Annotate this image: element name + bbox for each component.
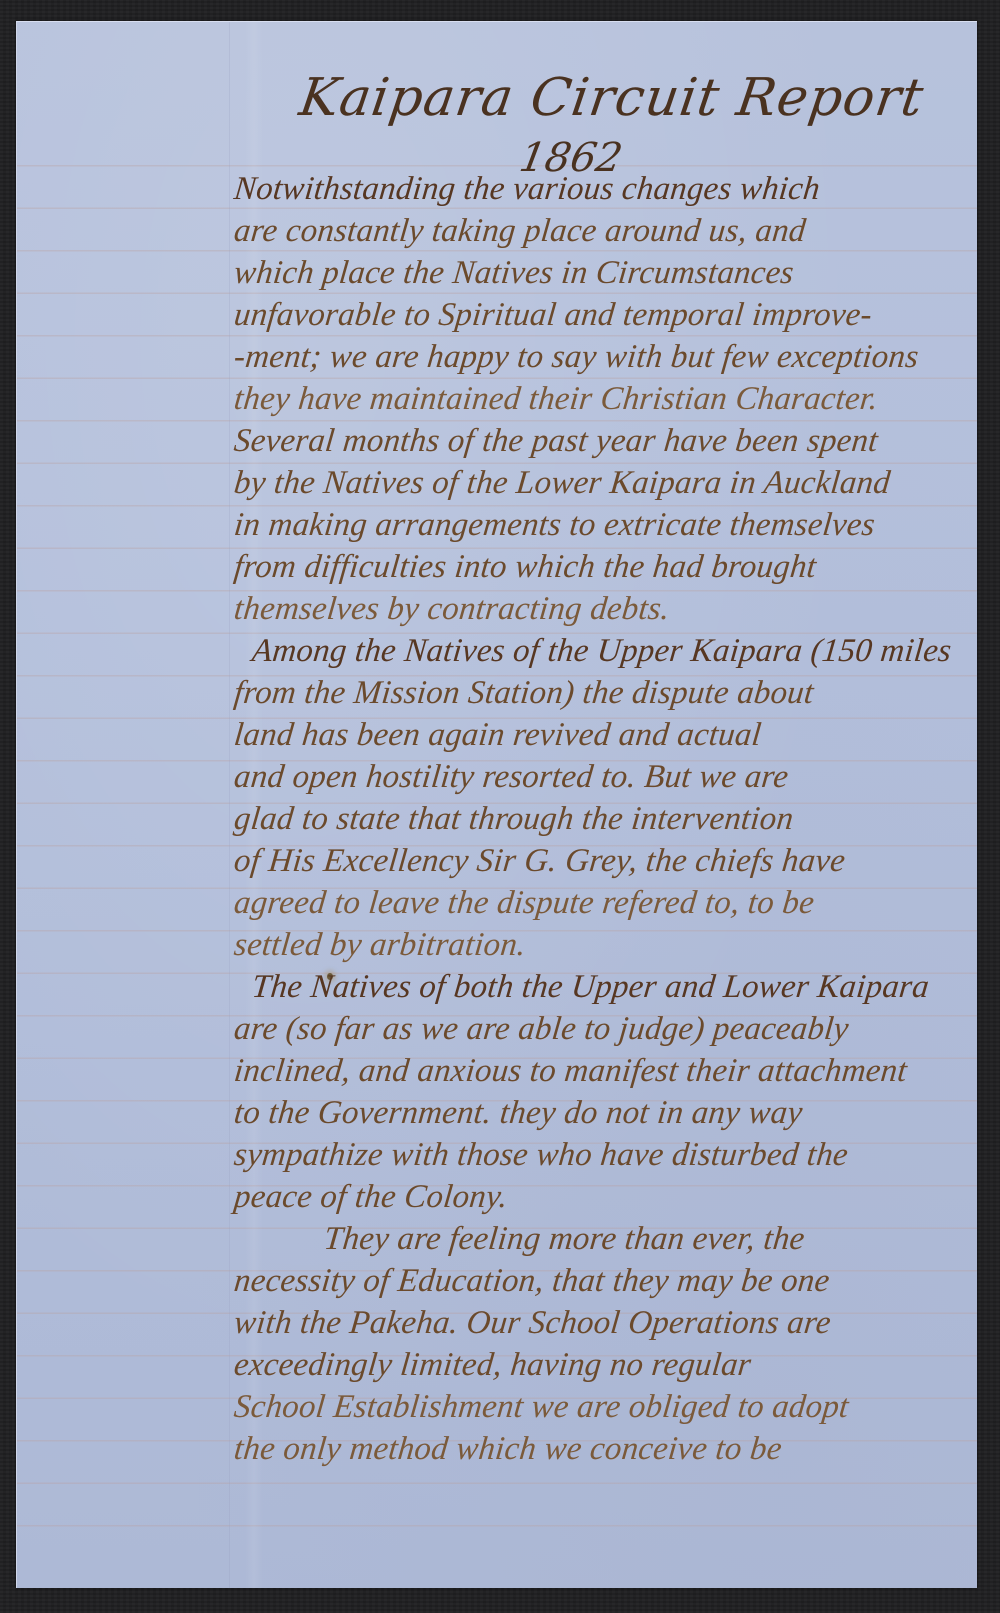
text-line: School Establishment we are obliged to a… bbox=[232, 1386, 956, 1428]
document-title: Kaipara Circuit Report bbox=[296, 68, 928, 128]
text-line: The Natives of both the Upper and Lower … bbox=[232, 966, 956, 1008]
text-line: land has been again revived and actual bbox=[232, 714, 956, 756]
text-line: they have maintained their Christian Cha… bbox=[232, 378, 956, 420]
text-line: from difficulties into which the had bro… bbox=[232, 546, 956, 588]
text-line: exceedingly limited, having no regular bbox=[232, 1344, 956, 1386]
text-line: inclined, and anxious to manifest their … bbox=[232, 1050, 956, 1092]
text-line: settled by arbitration. bbox=[232, 924, 956, 966]
text-line: unfavorable to Spiritual and temporal im… bbox=[232, 294, 956, 336]
text-line: glad to state that through the intervent… bbox=[232, 798, 956, 840]
text-line: of His Excellency Sir G. Grey, the chief… bbox=[232, 840, 956, 882]
text-line: -ment; we are happy to say with but few … bbox=[232, 336, 956, 378]
text-line: to the Government. they do not in any wa… bbox=[232, 1092, 956, 1134]
text-line: are (so far as we are able to judge) pea… bbox=[232, 1008, 956, 1050]
text-line: Several months of the past year have bee… bbox=[232, 420, 956, 462]
text-line: are constantly taking place around us, a… bbox=[232, 210, 956, 252]
text-line: Among the Natives of the Upper Kaipara (… bbox=[232, 630, 956, 672]
text-line: with the Pakeha. Our School Operations a… bbox=[232, 1302, 956, 1344]
text-line: and open hostility resorted to. But we a… bbox=[232, 756, 956, 798]
text-line: peace of the Colony. bbox=[232, 1176, 956, 1218]
text-line: from the Mission Station) the dispute ab… bbox=[232, 672, 956, 714]
text-line: They are feeling more than ever, the bbox=[232, 1218, 956, 1260]
text-line: the only method which we conceive to be bbox=[232, 1428, 956, 1470]
text-line: necessity of Education, that they may be… bbox=[232, 1260, 956, 1302]
text-line: sympathize with those who have disturbed… bbox=[232, 1134, 956, 1176]
text-line: in making arrangements to extricate them… bbox=[232, 504, 956, 546]
text-line: which place the Natives in Circumstances bbox=[232, 252, 956, 294]
handwritten-body: Notwithstanding the various changes whic… bbox=[232, 168, 952, 1470]
margin-crease bbox=[229, 22, 230, 1588]
text-line: by the Natives of the Lower Kaipara in A… bbox=[232, 462, 956, 504]
text-line: agreed to leave the dispute refered to, … bbox=[232, 882, 956, 924]
text-line: themselves by contracting debts. bbox=[232, 588, 956, 630]
text-line: Notwithstanding the various changes whic… bbox=[232, 168, 956, 210]
